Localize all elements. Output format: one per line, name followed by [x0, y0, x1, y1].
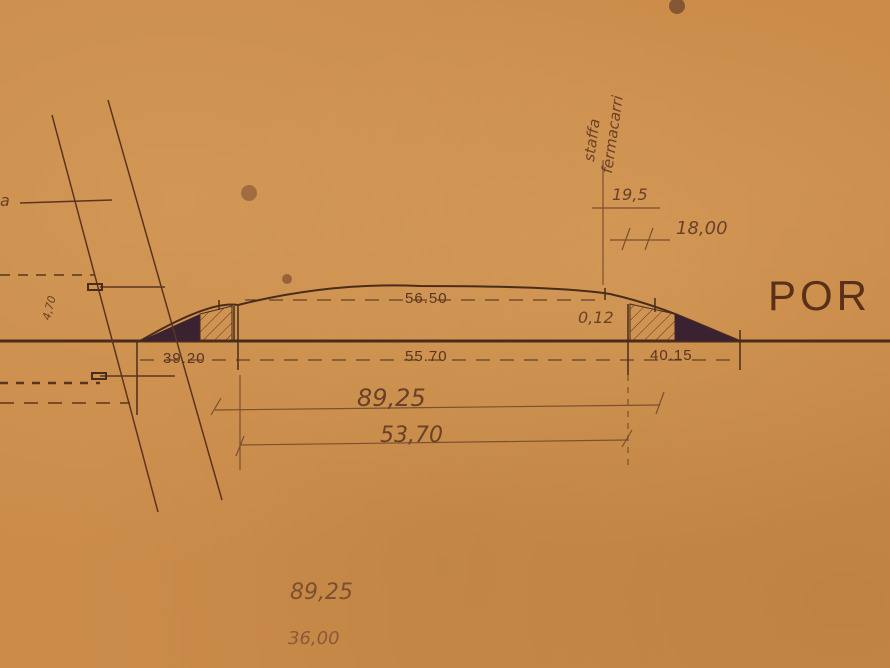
- left-hatched-block: [200, 306, 232, 341]
- dim-19-5: 19,5: [612, 185, 648, 204]
- left-label: a: [0, 191, 10, 210]
- bottom-note-1: 89,25: [290, 580, 353, 605]
- dim-18-00: 18,00: [676, 218, 728, 239]
- dim-offset: 0,12: [578, 308, 614, 327]
- diagonal-lines: [52, 100, 222, 512]
- dim-overall: 89,25: [357, 384, 426, 412]
- bottom-note-2: 36,00: [288, 628, 340, 649]
- left-dashed-lines: [0, 200, 175, 403]
- dim-arc-length: 56.50: [405, 290, 448, 307]
- dim-inner: 53,70: [380, 423, 443, 448]
- technical-drawing: [0, 0, 890, 668]
- dim-left-ramp: 39.20: [163, 350, 206, 367]
- annotation-leader: [592, 160, 670, 285]
- title-fragment: POR: [768, 272, 871, 320]
- dim-right-ramp: 40.15: [650, 347, 693, 364]
- right-hatched-block: [630, 304, 675, 341]
- dim-center-base: 55.70: [405, 348, 448, 365]
